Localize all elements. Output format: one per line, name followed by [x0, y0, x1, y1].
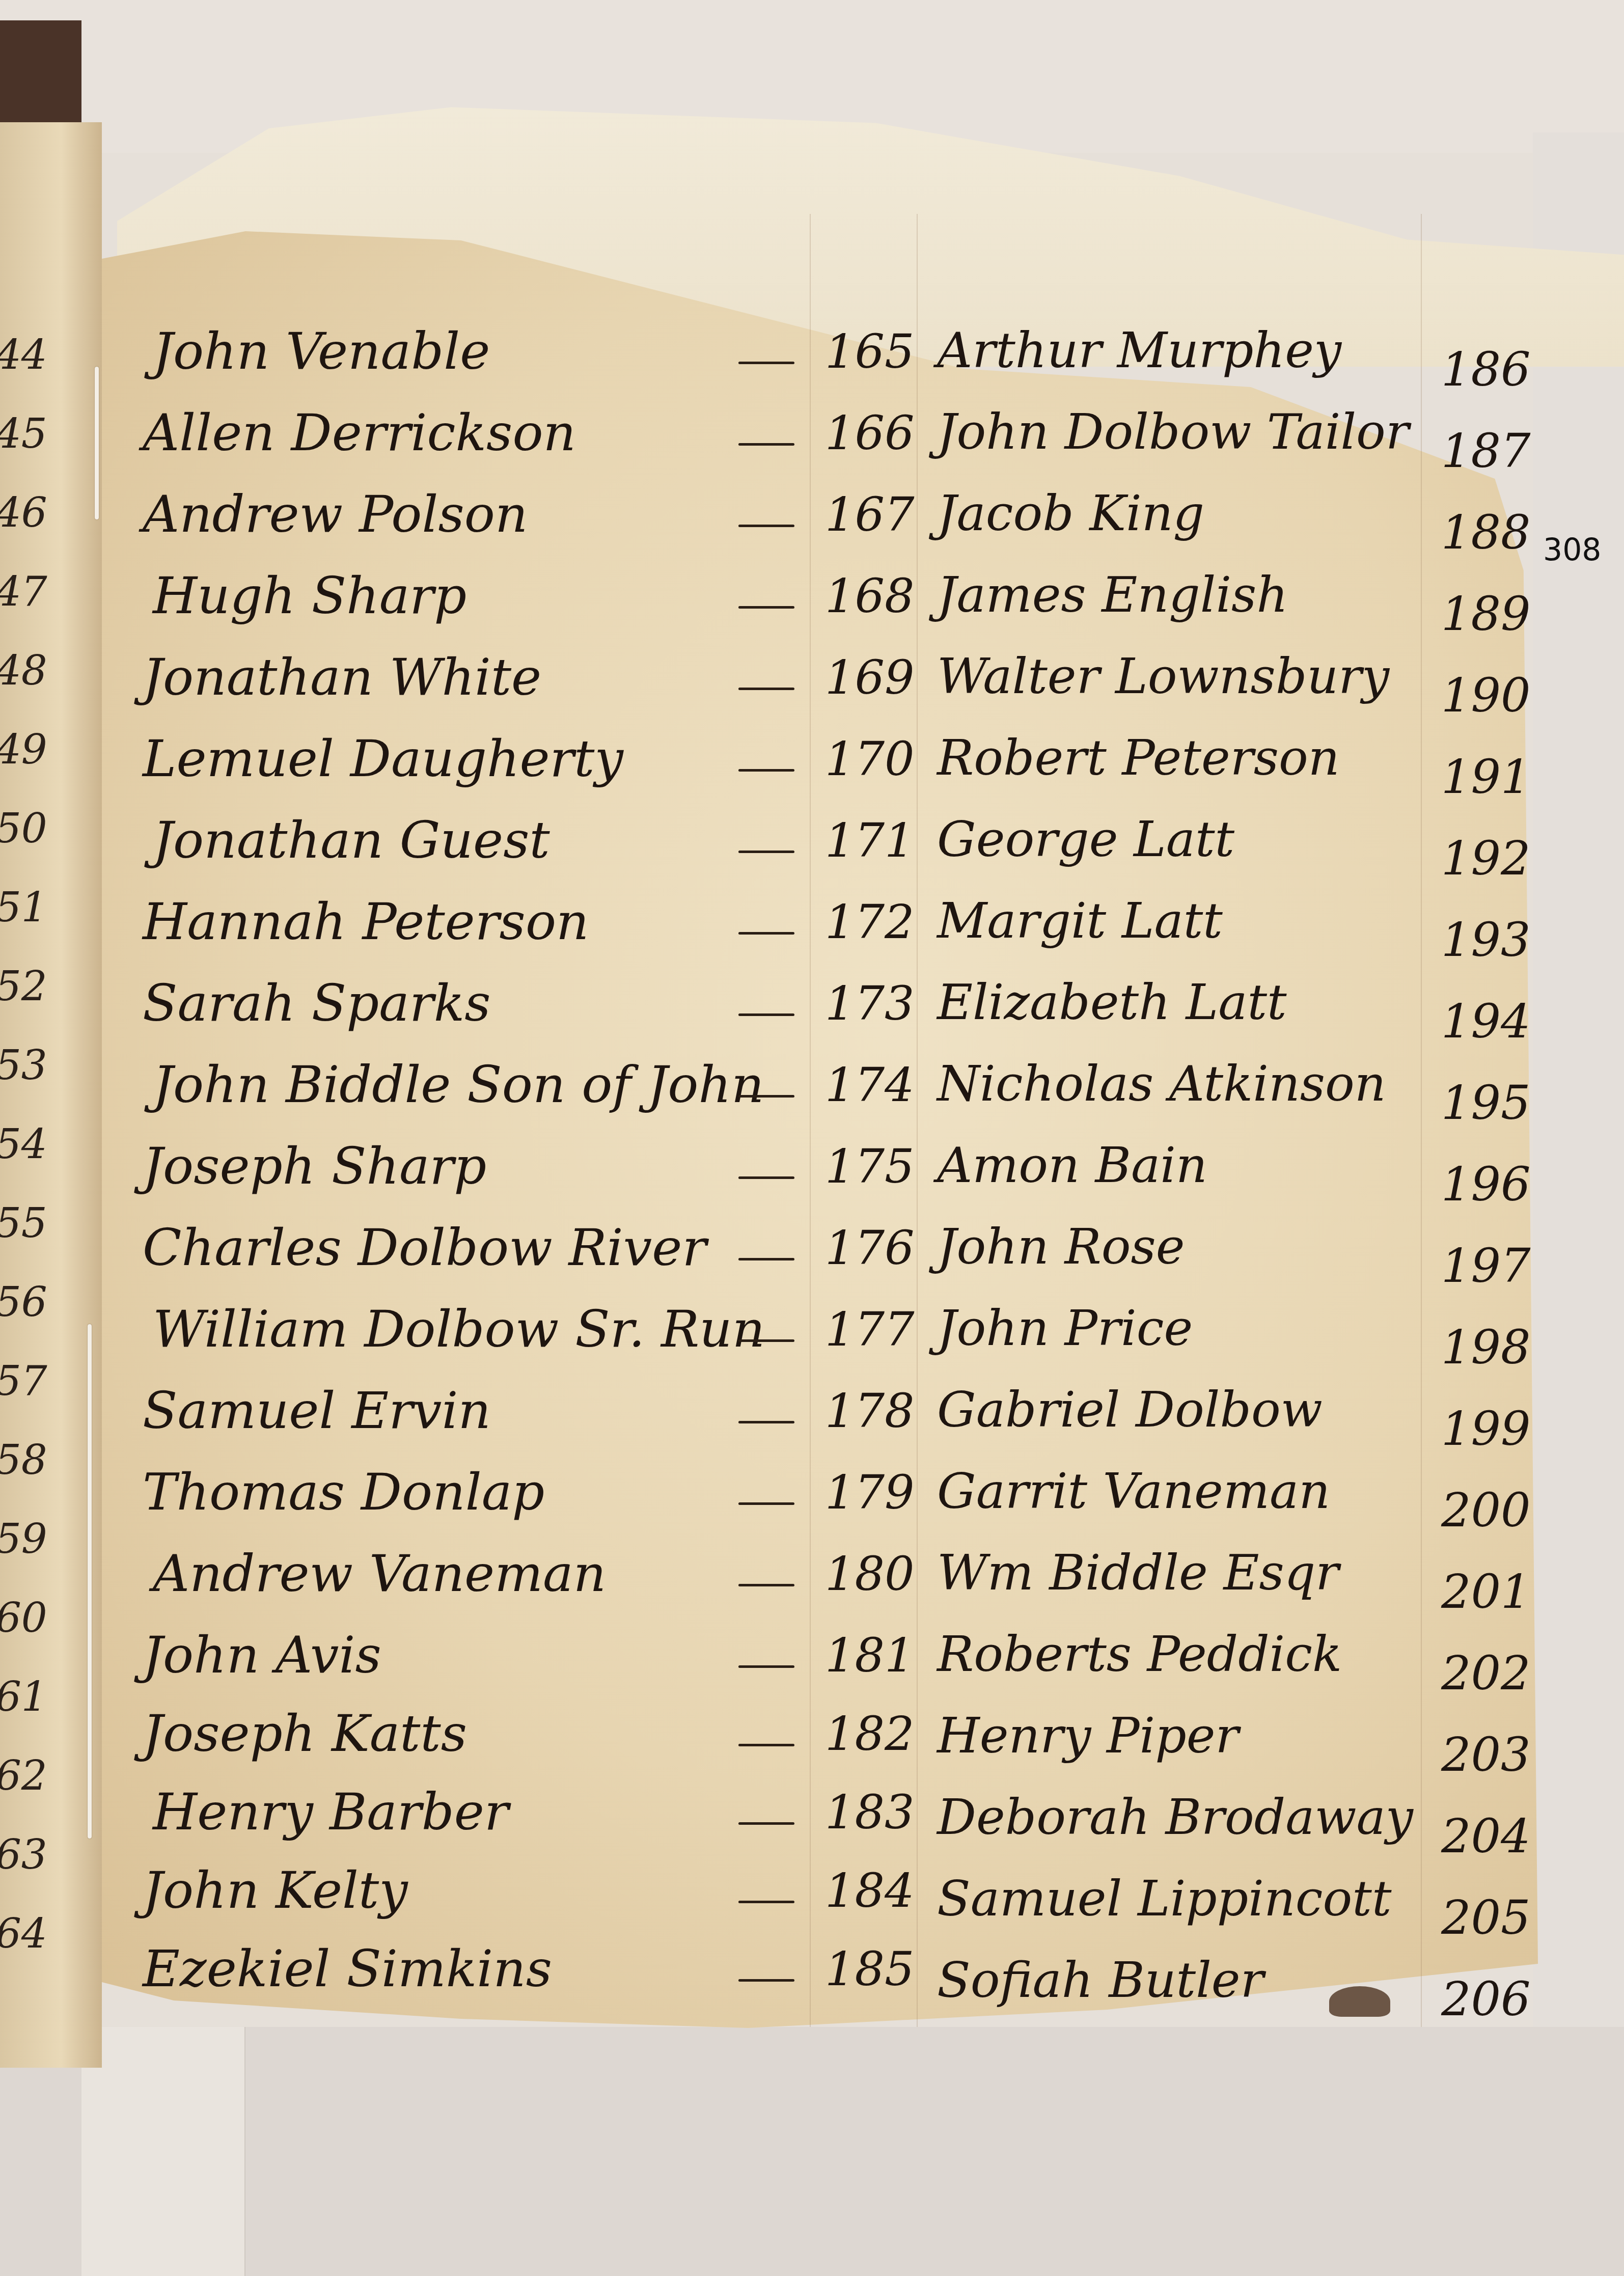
ledger-name: John Rose: [937, 1222, 1185, 1271]
ledger-number: 179: [825, 1469, 915, 1516]
ledger-name: Amon Bain: [937, 1141, 1207, 1190]
margin-number: 156: [0, 1278, 47, 1326]
margin-number: 150: [0, 805, 47, 852]
leader-dash: [738, 1502, 794, 1505]
ledger-number: 185: [825, 1946, 915, 1993]
margin-number: 161: [0, 1673, 47, 1720]
ledger-number: 196: [1441, 1161, 1531, 1208]
ledger-name: Samuel Lippincott: [937, 1874, 1392, 1923]
ledger-name: John Biddle Son of John: [153, 1059, 764, 1110]
ledger-name: Sofiah Butler: [937, 1956, 1264, 2005]
ledger-number: 181: [825, 1632, 915, 1679]
margin-number: 160: [0, 1594, 47, 1641]
ledger-name: Lemuel Daugherty: [143, 733, 623, 784]
ledger-number: 199: [1441, 1406, 1531, 1452]
leader-dash: [738, 851, 794, 853]
binding-thread: [88, 1324, 92, 1839]
ledger-number: 194: [1441, 998, 1531, 1045]
ledger-name: Roberts Peddick: [937, 1630, 1342, 1679]
page-stamp-number: 308: [1543, 532, 1602, 568]
ledger-name: Deborah Brodaway: [937, 1793, 1413, 1842]
ledger-name: Jonathan Guest: [153, 815, 550, 866]
ledger-name: Jonathan White: [143, 652, 541, 703]
ledger-name: Sarah Sparks: [143, 978, 491, 1029]
leader-dash: [738, 1339, 794, 1342]
ledger-number: 171: [825, 817, 915, 864]
ledger-number: 176: [825, 1225, 915, 1272]
ledger-name: Hannah Peterson: [143, 896, 589, 947]
ledger-number: 202: [1441, 1650, 1531, 1697]
ledger-name: Jacob King: [937, 489, 1204, 538]
ledger-name: Robert Peterson: [937, 733, 1340, 782]
ledger-name: Nicholas Atkinson: [937, 1059, 1386, 1108]
ledger-number: 180: [825, 1551, 915, 1598]
ledger-number: 167: [825, 491, 915, 538]
leader-dash: [738, 688, 794, 690]
ledger-number: 192: [1441, 835, 1531, 882]
ledger-number: 197: [1441, 1243, 1531, 1290]
leader-dash: [738, 1979, 794, 1982]
background-right: [1533, 132, 1624, 2027]
leader-dash: [738, 1901, 794, 1903]
ledger-name: Hugh Sharp: [153, 570, 466, 621]
margin-number: 148: [0, 647, 47, 694]
margin-number: 158: [0, 1436, 47, 1484]
ledger-name: Andrew Vaneman: [153, 1548, 606, 1599]
ledger-name: Samuel Ervin: [143, 1385, 491, 1436]
ledger-name: Elizabeth Latt: [937, 978, 1287, 1027]
ledger-name: Garrit Vaneman: [937, 1467, 1330, 1516]
leader-dash: [738, 1176, 794, 1179]
margin-number: 146: [0, 489, 47, 536]
ledger-number: 184: [825, 1868, 915, 1914]
leader-dash: [738, 1744, 794, 1746]
column-rule: [917, 214, 918, 2027]
ledger-name: Walter Lownsbury: [937, 652, 1389, 701]
ledger-number: 169: [825, 654, 915, 701]
ledger-name: Wm Biddle Esqr: [937, 1548, 1339, 1597]
book-binding: [0, 20, 81, 122]
leader-dash: [738, 1584, 794, 1586]
ledger-number: 186: [1441, 346, 1531, 393]
leader-dash: [738, 1822, 794, 1825]
ledger-number: 183: [825, 1789, 915, 1836]
margin-number: 151: [0, 884, 47, 931]
ledger-number: 172: [825, 899, 915, 946]
ledger-number: 191: [1441, 754, 1531, 801]
leader-dash: [738, 606, 794, 609]
ledger-number: 200: [1441, 1487, 1531, 1534]
ledger-number: 174: [825, 1062, 915, 1109]
ledger-name: John Venable: [153, 326, 490, 377]
margin-number: 155: [0, 1199, 47, 1247]
ledger-number: 177: [825, 1306, 915, 1353]
ledger-name: John Price: [937, 1304, 1193, 1353]
ledger-number: 205: [1441, 1895, 1531, 1941]
ledger-number: 206: [1441, 1976, 1531, 2023]
margin-number: 164: [0, 1910, 47, 1957]
ledger-number: 189: [1441, 591, 1531, 638]
ledger-number: 168: [825, 573, 915, 620]
margin-number: 162: [0, 1752, 47, 1799]
underlying-sheet: [81, 2027, 245, 2276]
leader-dash: [738, 1665, 794, 1668]
leader-dash: [738, 1095, 794, 1098]
margin-number: 153: [0, 1041, 47, 1089]
ink-stain: [1329, 1986, 1390, 2017]
leader-dash: [738, 932, 794, 935]
ledger-number: 188: [1441, 509, 1531, 556]
ledger-number: 175: [825, 1143, 915, 1190]
ledger-name: Joseph Katts: [143, 1708, 467, 1759]
margin-number: 145: [0, 410, 47, 457]
ledger-number: 173: [825, 980, 915, 1027]
ledger-name: John Kelty: [143, 1865, 408, 1916]
margin-number: 159: [0, 1515, 47, 1562]
ledger-number: 187: [1441, 428, 1531, 475]
ledger-name: William Dolbow Sr. Run: [153, 1304, 765, 1355]
margin-number: 157: [0, 1357, 47, 1405]
ledger-name: Charles Dolbow River: [143, 1222, 706, 1273]
ledger-name: John Avis: [143, 1630, 381, 1681]
ledger-name: James English: [937, 570, 1288, 619]
margin-number: 163: [0, 1831, 47, 1878]
leader-dash: [738, 1258, 794, 1260]
ledger-number: 190: [1441, 672, 1531, 719]
ledger-number: 201: [1441, 1569, 1531, 1615]
ledger-number: 182: [825, 1711, 915, 1758]
ledger-name: Joseph Sharp: [143, 1141, 486, 1192]
margin-number: 147: [0, 568, 47, 615]
binding-thread: [95, 367, 99, 519]
ledger-name: Allen Derrickson: [143, 407, 576, 458]
margin-number: 154: [0, 1120, 47, 1168]
ledger-number: 178: [825, 1388, 915, 1435]
ledger-number: 195: [1441, 1080, 1531, 1127]
ledger-name: George Latt: [937, 815, 1234, 864]
ledger-number: 204: [1441, 1813, 1531, 1860]
margin-number: 152: [0, 963, 47, 1010]
ledger-name: Andrew Polson: [143, 489, 528, 540]
ledger-name: Margit Latt: [937, 896, 1223, 945]
column-rule: [1421, 214, 1422, 2027]
leader-dash: [738, 362, 794, 364]
ledger-name: Thomas Donlap: [143, 1467, 544, 1518]
margin-number: 144: [0, 331, 47, 378]
ledger-name: John Dolbow Tailor: [937, 407, 1409, 456]
leader-dash: [738, 443, 794, 446]
ledger-number: 203: [1441, 1732, 1531, 1778]
leader-dash: [738, 1013, 794, 1016]
margin-number: 149: [0, 726, 47, 773]
ledger-name: Ezekiel Simkins: [143, 1943, 552, 1994]
ledger-number: 198: [1441, 1324, 1531, 1371]
ledger-number: 170: [825, 736, 915, 783]
ledger-name: Gabriel Dolbow: [937, 1385, 1323, 1434]
leader-dash: [738, 769, 794, 772]
ledger-name: Arthur Murphey: [937, 326, 1341, 375]
column-rule: [810, 214, 811, 2027]
leader-dash: [738, 525, 794, 527]
ledger-name: Henry Barber: [153, 1787, 509, 1838]
ledger-number: 166: [825, 410, 915, 457]
leader-dash: [738, 1421, 794, 1423]
ledger-number: 165: [825, 328, 915, 375]
ledger-name: Henry Piper: [937, 1711, 1238, 1760]
ledger-number: 193: [1441, 917, 1531, 964]
